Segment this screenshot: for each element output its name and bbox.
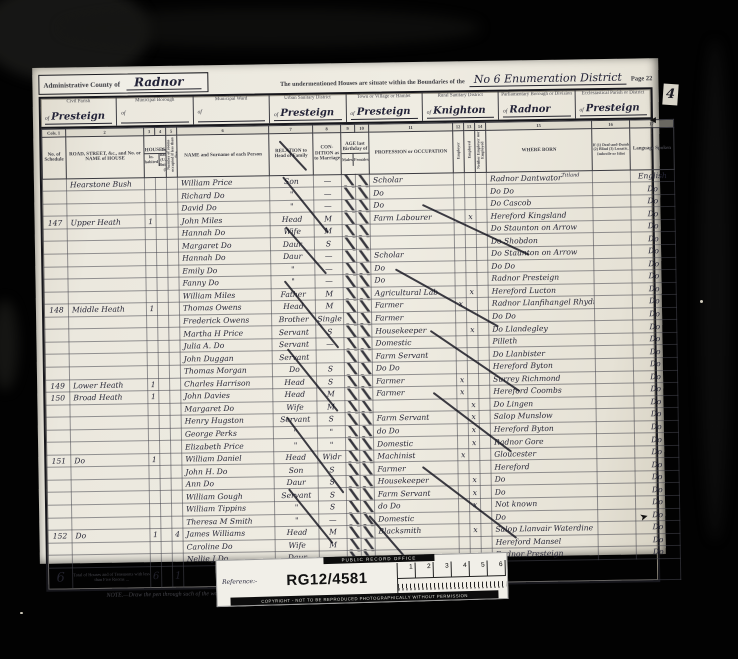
cell-inhabited [146,290,157,303]
cell-house [67,203,145,217]
cell-schedule [45,354,69,367]
cell-inhabited [145,190,156,203]
parish-box: Town or Village or HamletofPresteign [346,93,423,122]
cell-inhabited [145,227,156,240]
cell-language: English [630,169,674,182]
cell-language: Do [633,357,677,370]
film-texture [0,300,18,390]
cell-rooms [167,202,178,215]
parish-box-value: ofKnighton [427,105,495,119]
cell-house [71,479,149,493]
cell-uninhabited [159,378,170,391]
cell-age-m [345,425,359,438]
cell-age-f [359,400,373,413]
cell-employer: x [457,386,468,399]
cell-house [71,466,149,480]
cell-relation: Daur [270,238,314,251]
cell-relation: Head [273,388,317,401]
cell-age-f [360,462,374,475]
cell-house [67,240,145,254]
cell-relation: Servant [273,413,317,426]
cell-uninhabited [157,277,168,290]
census-form: Civil ParishofPresteignMunicipal Borough… [39,87,661,591]
cell-uninhabited [155,177,166,190]
cell-inhabited [144,177,155,190]
cell-house [69,353,147,367]
cell-uninhabited [160,491,171,504]
cell-schedule: 149 [46,379,70,392]
margin-arrow-icon: ◄ [648,115,658,126]
parish-box-value: ofPresteign [350,106,418,120]
cell-infirmity [592,170,630,183]
cell-age-f [358,362,372,375]
cell-house [69,341,147,355]
admin-county-value: Radnor [126,74,202,90]
cell-inhabited [145,202,156,215]
cell-rooms [170,390,181,403]
totals-blank [161,566,172,587]
cell-language: Do [633,320,677,333]
cell-schedule [48,517,72,530]
cell-age-m [343,262,357,275]
cell-age-f [356,199,370,212]
cell-inhabited: 1 [148,391,159,404]
film-speck [20,612,23,614]
cell-employer [457,436,468,449]
cell-condition: — [315,250,343,263]
column-number: 12 [453,123,464,131]
cell-employer [455,248,466,261]
cell-relation: Head [270,212,314,225]
cell-age-f [356,186,370,199]
cell-employed [470,511,481,524]
enumeration-district-value: No 6 Enumeration District [470,71,626,87]
cell-uninhabited [158,340,169,353]
cell-employer [455,285,466,298]
cell-rooms [172,516,183,529]
cell-neither [476,197,487,210]
cell-age-m [346,500,360,513]
col-age-header: AGE last Birthday of Males Females [341,132,370,174]
cell-schedule [48,542,72,555]
cell-uninhabited [160,441,171,454]
cell-house: Middle Heath [68,303,146,317]
cell-house [70,403,148,417]
cell-infirmity [595,371,633,384]
cell-language: Do [634,407,678,420]
cell-age-m [342,187,356,200]
cell-infirmity [594,270,632,283]
ruler-cm-scale [398,575,506,590]
cell-infirmity [595,333,633,346]
cell-neither [477,272,488,285]
col-employer-header: Employer [453,131,465,173]
cell-rooms [168,252,179,265]
col-schedule-header: No. of Schedule [42,137,67,179]
cell-neither [481,536,492,549]
cell-house [67,228,145,242]
col-age-males-header: Males [342,154,355,166]
cell-uninhabited [161,541,172,554]
parish-box: Municipal Wardof [193,95,270,124]
cell-employer [455,273,466,286]
cell-rooms [172,541,183,554]
cell-employed: x [470,524,481,537]
cell-rooms [170,415,181,428]
cell-uninhabited [160,453,171,466]
cell-relation: Head [275,526,319,539]
cell-house [71,441,149,455]
cell-employer [453,172,464,185]
cell-schedule [46,404,70,417]
cell-employer [456,310,467,323]
cell-inhabited [150,554,161,567]
cell-relation: Servant [272,325,316,338]
col-uninhabited-header: Unin-habited (U.), or Building (B.) [159,154,166,166]
cell-rooms [168,302,179,315]
cell-age-f [357,274,371,287]
cell-condition: S [317,413,345,426]
cell-language: Do [634,395,678,408]
cell-inhabited: 1 [148,378,159,391]
cell-neither [478,323,489,336]
parish-box: Urban Sanitary DistrictofPresteign [270,94,347,123]
cell-inhabited: 1 [146,303,157,316]
cell-relation: Brother [272,313,316,326]
column-number: 13 [464,123,475,131]
cell-schedule [44,254,68,267]
cell-uninhabited [157,265,168,278]
cell-age-m [344,312,358,325]
cell-relation: Son [274,463,318,476]
cell-neither [476,210,487,223]
cell-infirmity [598,534,636,547]
cell-uninhabited [156,215,167,228]
ruler-inch-mark: 4 [452,560,470,575]
parish-box-value: ofPresteign [579,102,647,116]
cell-inhabited [147,315,158,328]
column-number: 14 [475,122,486,130]
cell-employed [465,197,476,210]
cell-age-f [355,174,369,187]
cell-infirmity [596,421,634,434]
cell-employer [456,336,467,349]
cell-condition: M [319,538,347,551]
cell-employed: x [465,210,476,223]
cell-age-f [359,437,373,450]
cell-language: Do [631,194,675,207]
cell-house [71,491,149,505]
cell-neither [476,235,487,248]
cell-infirmity [596,433,634,446]
cell-neither [477,260,488,273]
administrative-county-box: Administrative County of Radnor [38,72,208,95]
cell-neither [480,498,491,511]
cell-neither [476,185,487,198]
cell-condition: — [319,513,347,526]
cell-age-m [346,463,360,476]
cell-rooms [171,440,182,453]
cell-age-m [342,212,356,225]
film-texture [700,40,730,540]
parish-box-label: Civil Parish [43,99,114,106]
col-whereborn-header: WHERE BORN [486,129,593,172]
cell-infirmity [596,408,634,421]
cell-house: Broad Heath [70,391,148,405]
cell-relation: " [271,275,315,288]
cell-employed [468,386,479,399]
cell-age-f [360,450,374,463]
cell-schedule [47,467,71,480]
cell-employed [464,172,475,185]
cell-rooms [172,553,183,566]
cell-inhabited [147,365,158,378]
cell-relation: Head [274,451,318,464]
cell-language: Do [633,332,677,345]
cell-uninhabited [156,190,167,203]
cell-inhabited [148,403,159,416]
cell-rooms [169,340,180,353]
cell-age-m [346,450,360,463]
cell-language: Do [633,370,677,383]
cell-uninhabited [160,478,171,491]
situate-text: The undermentioned Houses are situate wi… [280,78,465,88]
cell-employed [467,373,478,386]
cell-condition: M [315,300,343,313]
cell-schedule [46,430,70,443]
cell-age-m [344,337,358,350]
cell-inhabited: 1 [150,529,161,542]
cell-uninhabited [159,390,170,403]
cell-neither [477,247,488,260]
cell-uninhabited [156,240,167,253]
cell-age-m [342,199,356,212]
cell-employed [466,248,477,261]
ruler-inch-mark: 5 [470,560,488,575]
cell-uninhabited [157,252,168,265]
cell-infirmity [594,308,632,321]
cell-employer: x [456,373,467,386]
cell-relation: Wife [275,539,319,552]
cell-condition: M [315,287,343,300]
cell-house [67,190,145,204]
cell-rooms [171,491,182,504]
cell-uninhabited [156,227,167,240]
cell-neither [481,523,492,536]
cell-age-m [343,300,357,313]
cell-rooms [168,277,179,290]
cell-language: Do [631,207,675,220]
cell-condition: S [314,237,342,250]
parish-box-label: Urban Sanitary District [272,95,343,102]
cell-age-m [346,488,360,501]
cell-inhabited [148,428,159,441]
cell-language: Do [633,345,677,358]
film-speck [700,300,703,303]
cell-schedule [44,266,68,279]
page-number: Page 22 [631,75,653,82]
cell-employed: x [468,398,479,411]
cell-schedule [47,492,71,505]
cell-rooms [169,365,180,378]
cell-language: Do [632,295,676,308]
cell-infirmity [593,220,631,233]
cell-age-m [341,174,355,187]
cell-age-m [342,224,356,237]
column-number: 5 [166,127,177,135]
cell-rooms [169,315,180,328]
cell-house [68,265,146,279]
ruler-inch-mark: 3 [434,561,452,576]
parish-box-label: Municipal Borough [119,97,190,104]
cell-schedule [47,442,71,455]
cell-rooms [170,403,181,416]
cell-schedule [43,241,67,254]
cell-uninhabited [158,365,169,378]
cell-language: Do [635,445,679,458]
cell-schedule [45,342,69,355]
cell-employer [457,398,468,411]
cell-age-f [356,237,370,250]
cell-employer [456,323,467,336]
cell-age-m [345,400,359,413]
cell-house [68,278,146,292]
cell-language: Do [632,269,676,282]
cell-house [68,290,146,304]
cell-neither [480,473,491,486]
cell-infirmity [597,483,635,496]
cell-age-m [343,287,357,300]
cell-employed [466,273,477,286]
cell-infirmity [598,546,636,559]
cell-house: Hearstone Bush [66,177,144,191]
cell-infirmity [593,195,631,208]
cell-condition: S [318,501,346,514]
cell-rooms [168,290,179,303]
cell-relation: Daur [274,476,318,489]
cell-neither [479,410,490,423]
cell-house [72,516,150,530]
cell-age-m [344,362,358,375]
total-inhabited: 6 [150,566,161,587]
cell-employer [459,511,470,524]
ruler-inch-mark: 2 [416,561,434,576]
cell-age-f [359,412,373,425]
cell-rooms [171,465,182,478]
cell-relation: Wife [273,401,317,414]
cell-uninhabited [158,328,169,341]
cell-rooms [168,265,179,278]
cell-uninhabited [156,202,167,215]
cell-age-f [360,488,374,501]
parish-box: Ecclesiastical Parish or DistrictofPrest… [575,89,651,118]
cell-schedule [42,179,66,192]
cell-age-f [357,262,371,275]
parish-box-value: of [121,109,189,123]
cell-relation: Servant [272,338,316,351]
reference-number: RG12/4581 [261,569,393,590]
cell-neither [480,486,491,499]
cell-inhabited [149,441,160,454]
cell-inhabited [150,503,161,516]
cell-age-m [347,538,361,551]
cell-neither [477,285,488,298]
cell-neither [475,172,486,185]
cell-schedule [45,317,69,330]
cell-condition: " [317,438,345,451]
cell-language: Do [631,232,675,245]
cell-rooms [171,503,182,516]
cell-age-m [344,325,358,338]
cell-inhabited [147,328,158,341]
cell-language: Do [634,420,678,433]
cell-house: Do [71,453,149,467]
cell-schedule [47,480,71,493]
column-number: 4 [155,127,166,135]
cell-inhabited: 1 [145,215,156,228]
ruler-inch-mark: 1 [398,562,416,577]
col-houses-header: HOUSES In-habited Unin-habited (U.), or … [144,135,167,177]
cell-employer [458,474,469,487]
cell-rooms [167,215,178,228]
cell-infirmity [594,283,632,296]
cell-inhabited [145,240,156,253]
cell-rooms [166,177,177,190]
total-houses-label: Total of Houses and of Tenements with le… [72,566,150,588]
cell-schedule [48,505,72,518]
cell-uninhabited [160,466,171,479]
cell-employer [457,423,468,436]
col-employed-header: Employed [464,131,476,173]
cell-language: Do [635,458,679,471]
cell-age-m [343,249,357,262]
cell-inhabited [150,541,161,554]
col-road-header: ROAD, STREET, &c., and No. or NAME of HO… [66,136,145,179]
cell-employed: x [466,285,477,298]
cell-uninhabited [161,516,172,529]
cell-schedule: 152 [48,530,72,543]
cell-house [72,541,150,555]
cell-neither [479,436,490,449]
cell-uninhabited [159,403,170,416]
cell-uninhabited [157,303,168,316]
cell-house [69,315,147,329]
cell-schedule [43,204,67,217]
cell-schedule: 147 [43,216,67,229]
cell-condition: S [317,375,345,388]
cell-language: Do [635,495,679,508]
parish-box-value: ofPresteign [274,107,342,121]
cell-inhabited [149,478,160,491]
cell-employed [469,448,480,461]
cell-rooms [167,227,178,240]
cell-condition: " [317,425,345,438]
col-profession-header: PROFESSION or OCCUPATION [369,131,454,174]
cell-uninhabited [161,528,172,541]
cell-language: Do [636,545,680,558]
cell-infirmity [597,471,635,484]
cell-age-f [361,525,375,538]
cell-employed [465,185,476,198]
cell-age-f [356,224,370,237]
cell-language: Do [631,219,675,232]
cell-age-m [347,513,361,526]
parish-box: Parliamentary Borough or DivisionofRadno… [499,90,576,119]
cell-schedule [48,555,72,568]
cell-house [72,554,150,568]
cell-age-f [359,375,373,388]
cell-employed [469,461,480,474]
